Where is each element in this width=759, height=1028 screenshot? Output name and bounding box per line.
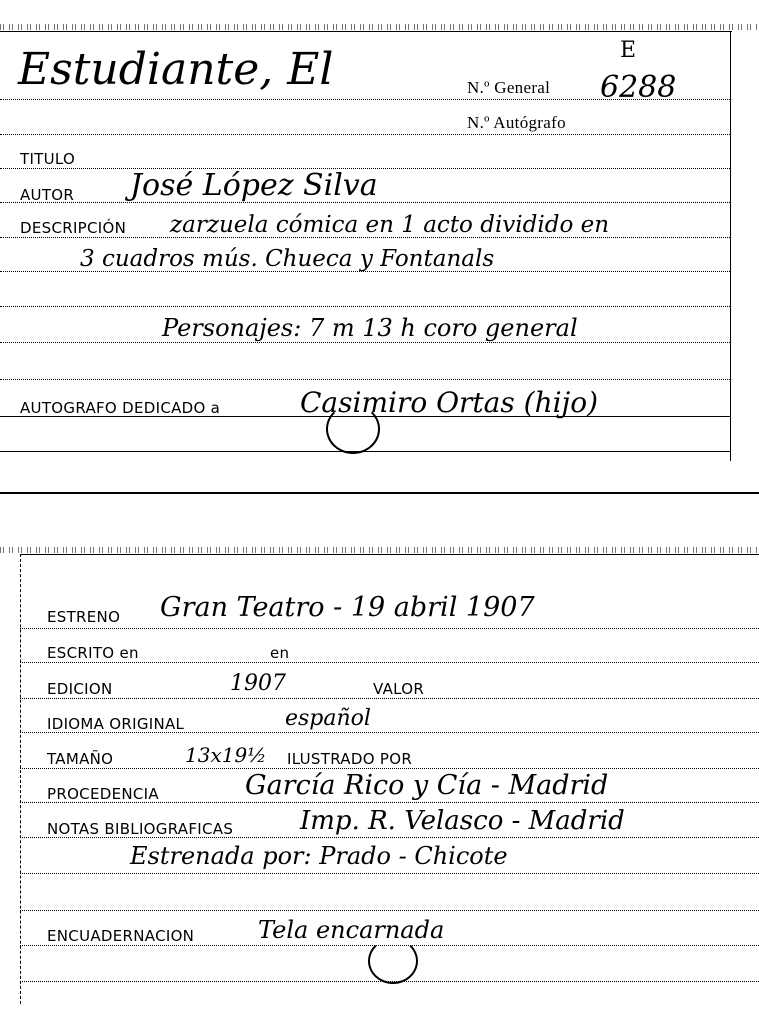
rule [0, 99, 730, 100]
field-label-titulo: TITULO [20, 150, 75, 168]
encuadernacion-value: Tela encarnada [258, 916, 444, 944]
general-number-label: N.º General [467, 78, 550, 98]
rule [20, 628, 759, 629]
card-top-border [0, 31, 732, 32]
procedencia-value: García Rico y Cía - Madrid [245, 770, 608, 801]
rule [20, 768, 759, 769]
rule [20, 945, 759, 946]
field-label-descripcion: DESCRIPCIÓN [20, 219, 126, 237]
idioma-value: español [285, 706, 371, 731]
scan-noise-edge [0, 547, 759, 553]
escrito-label-2: en [270, 644, 289, 662]
rule [0, 379, 730, 380]
valor-label: VALOR [373, 680, 424, 698]
rule [0, 271, 730, 272]
procedencia-label: PROCEDENCIA [47, 785, 159, 803]
catalog-card-top: Estudiante, El E N.º General 6288 N.º Au… [0, 0, 759, 495]
card-top-border [20, 554, 759, 555]
rule [0, 416, 730, 417]
card-title: Estudiante, El [18, 44, 333, 95]
rule [20, 732, 759, 733]
rule [20, 698, 759, 699]
encuadernacion-label: ENCUADERNACION [47, 927, 194, 945]
tamano-label: TAMAÑO [47, 750, 113, 768]
rule [0, 451, 730, 452]
punch-hole-mark [326, 404, 380, 454]
tamano-value: 13x19½ [185, 743, 267, 767]
autograph-number-label: N.º Autógrafo [467, 113, 566, 133]
rule [0, 202, 730, 203]
escrito-label: ESCRITO en [47, 644, 139, 662]
field-value-autor: José López Silva [130, 168, 378, 203]
rule [0, 237, 730, 238]
rule [20, 802, 759, 803]
card-right-border [730, 31, 731, 461]
estreno-value: Gran Teatro - 19 abril 1907 [160, 592, 535, 623]
rule [20, 873, 759, 874]
description-continued: 3 cuadros mús. Chueca y Fontanals [80, 246, 494, 272]
rule [0, 342, 730, 343]
edicion-value: 1907 [230, 671, 286, 696]
card-left-border [20, 554, 21, 1004]
catalog-card-bottom: ESTRENO Gran Teatro - 19 abril 1907 ESCR… [0, 540, 759, 1028]
card-separator [0, 492, 759, 494]
notas-label: NOTAS BIBLIOGRAFICAS [47, 820, 233, 838]
rule [20, 910, 759, 911]
ilustrado-label: ILUSTRADO POR [287, 750, 412, 768]
notas-continued: Estrenada por: Prado - Chicote [130, 842, 508, 870]
personajes-note: Personajes: 7 m 13 h coro general [162, 314, 578, 342]
field-value-descripcion: zarzuela cómica en 1 acto dividido en [170, 212, 609, 238]
autograph-dedicated-label: AUTOGRAFO DEDICADO a [20, 399, 220, 417]
edicion-label: EDICION [47, 680, 112, 698]
rule [20, 837, 759, 838]
scan-noise-edge [0, 24, 759, 30]
general-number-prefix: E [620, 38, 636, 63]
rule [0, 306, 730, 307]
rule [0, 134, 730, 135]
rule [20, 981, 759, 982]
rule [20, 662, 759, 663]
estreno-label: ESTRENO [47, 608, 120, 626]
idioma-label: IDIOMA ORIGINAL [47, 715, 184, 733]
notas-value: Imp. R. Velasco - Madrid [300, 806, 625, 836]
